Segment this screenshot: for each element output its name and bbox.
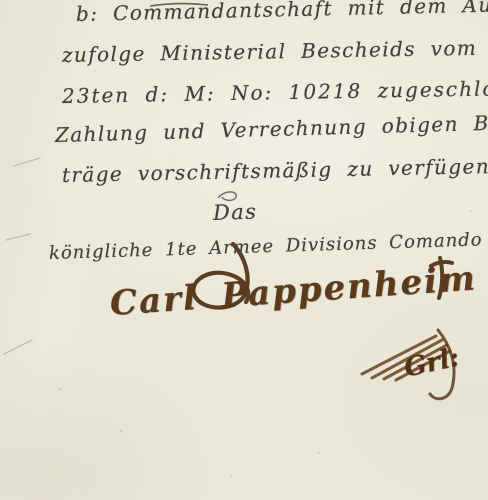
manuscript-line-3: 23ten d: M: No: 10218 zugeschlossen, die <box>62 74 488 108</box>
manuscript-line-4: Zahlung und Verrechnung obigen Be- <box>55 110 488 147</box>
rank-paraph: Grl: <box>401 343 461 384</box>
das-flourish <box>218 192 236 201</box>
signature-carl-pappenheim: Carl Pappenheim <box>109 258 478 324</box>
manuscript-line-2: zufolge Ministerial Bescheids vom <box>62 36 478 67</box>
paper-speck <box>58 388 61 390</box>
paper-speck <box>230 475 232 477</box>
manuscript-line-1: b: Commandantschaft mit dem Auftrag <box>76 0 488 26</box>
manuscript-page: b: Commandantschaft mit dem Auftrag zufo… <box>0 0 488 500</box>
paper-speck <box>470 210 472 212</box>
paper-speck <box>120 430 123 432</box>
manuscript-word-das: Das <box>213 199 258 225</box>
manuscript-line-5: träge vorschriftsmäßig zu verfügen <box>62 154 488 187</box>
pencil-scratch-marks <box>4 158 40 354</box>
paper-speck <box>318 452 320 454</box>
command-designation-line: königliche 1te Armee Divisions Comando <box>49 229 483 264</box>
paper-speck <box>402 120 404 123</box>
